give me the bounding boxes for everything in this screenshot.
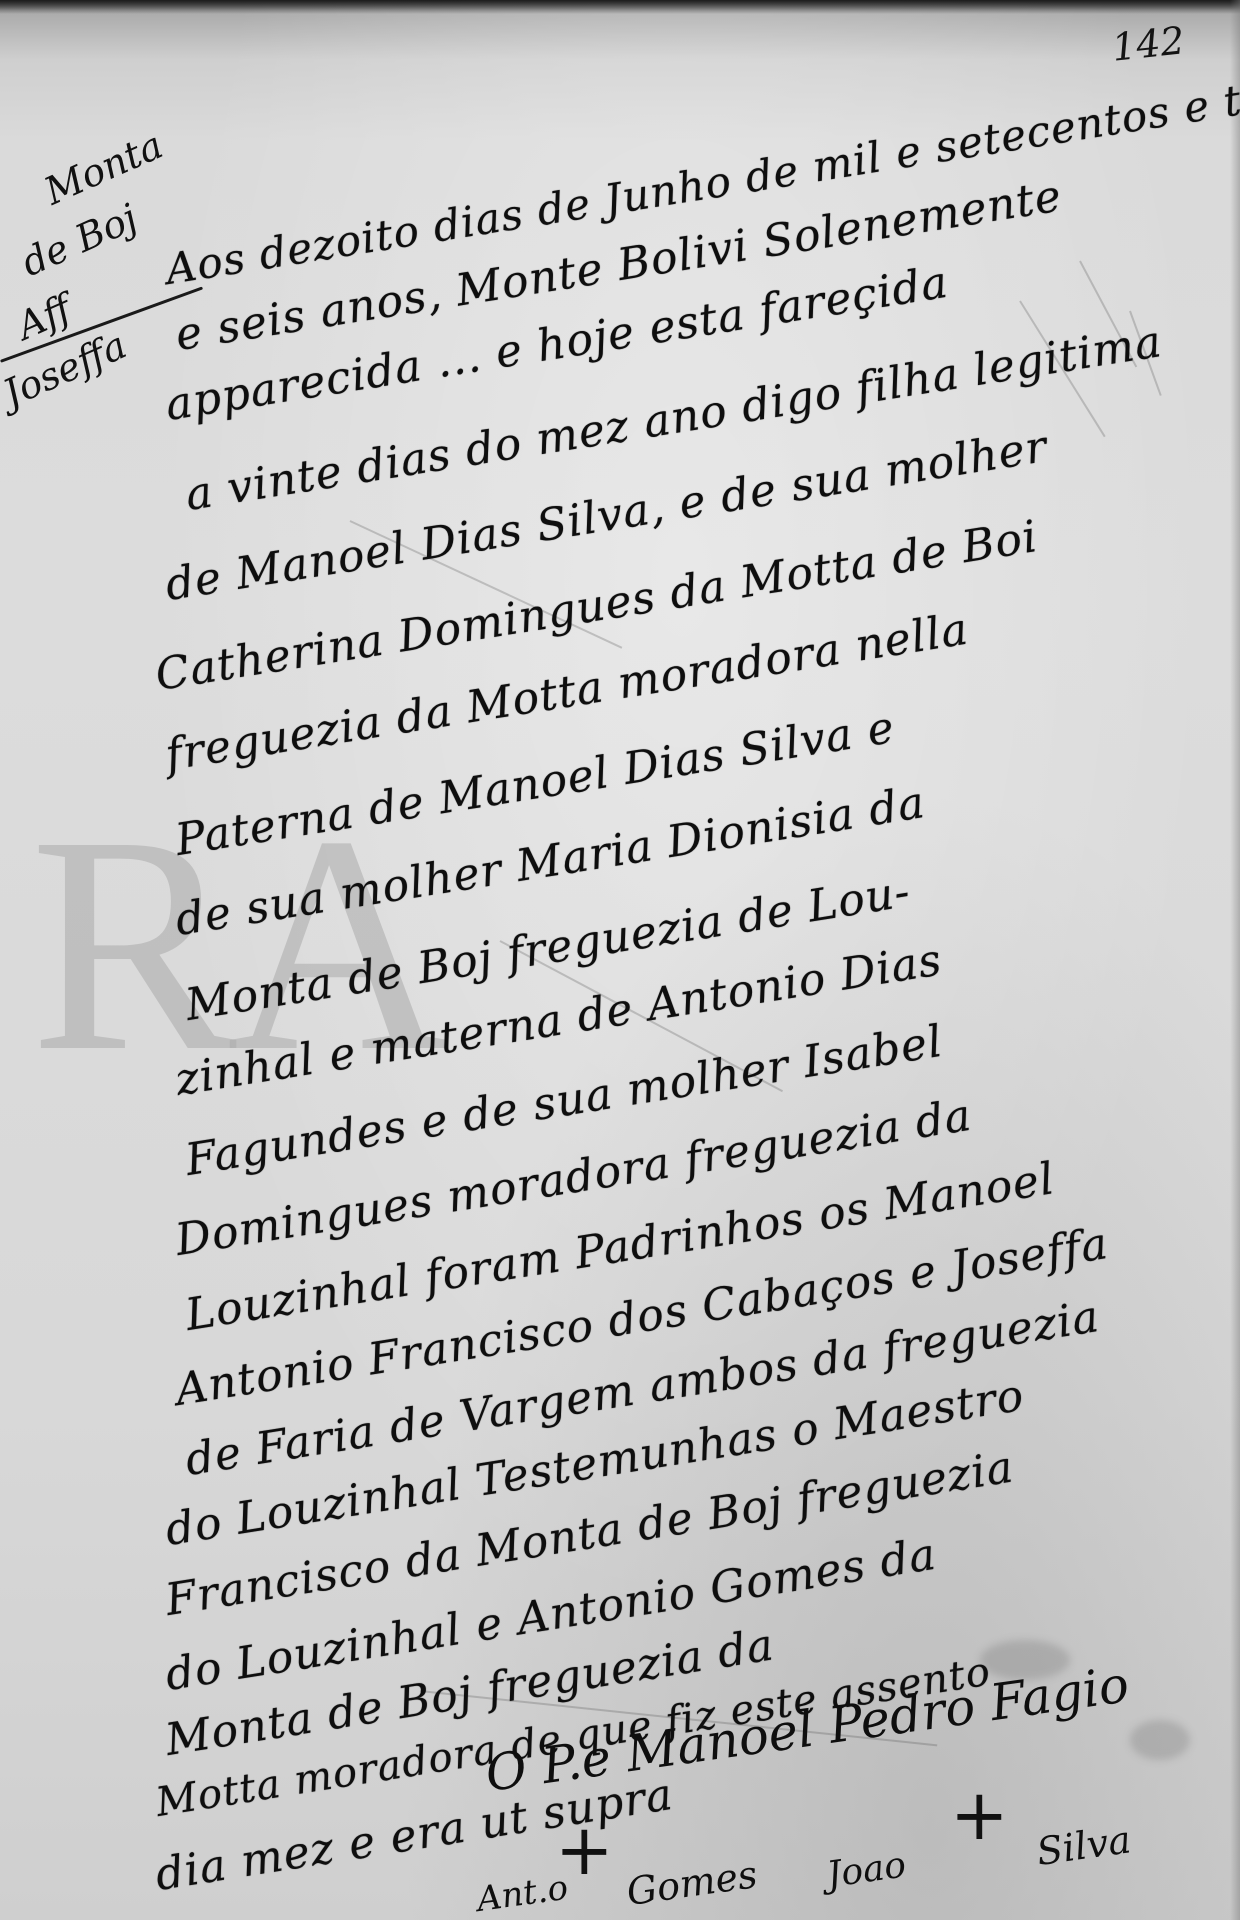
page-number: 142 [1110, 18, 1187, 69]
page-right-edge [1230, 0, 1240, 1920]
stain [1130, 1720, 1190, 1760]
cross-mark: + [950, 1780, 1009, 1850]
witness-signature: Silva [1034, 1817, 1134, 1874]
cross-mark: + [555, 1815, 614, 1885]
witness-signature: Gomes [624, 1852, 760, 1914]
manuscript-page: RA 142 Monta de Boj Aff Joseffa Aos dezo… [0, 0, 1240, 1920]
witness-signature: Joao [824, 1844, 908, 1896]
page-top-edge-shadow [0, 0, 1240, 14]
